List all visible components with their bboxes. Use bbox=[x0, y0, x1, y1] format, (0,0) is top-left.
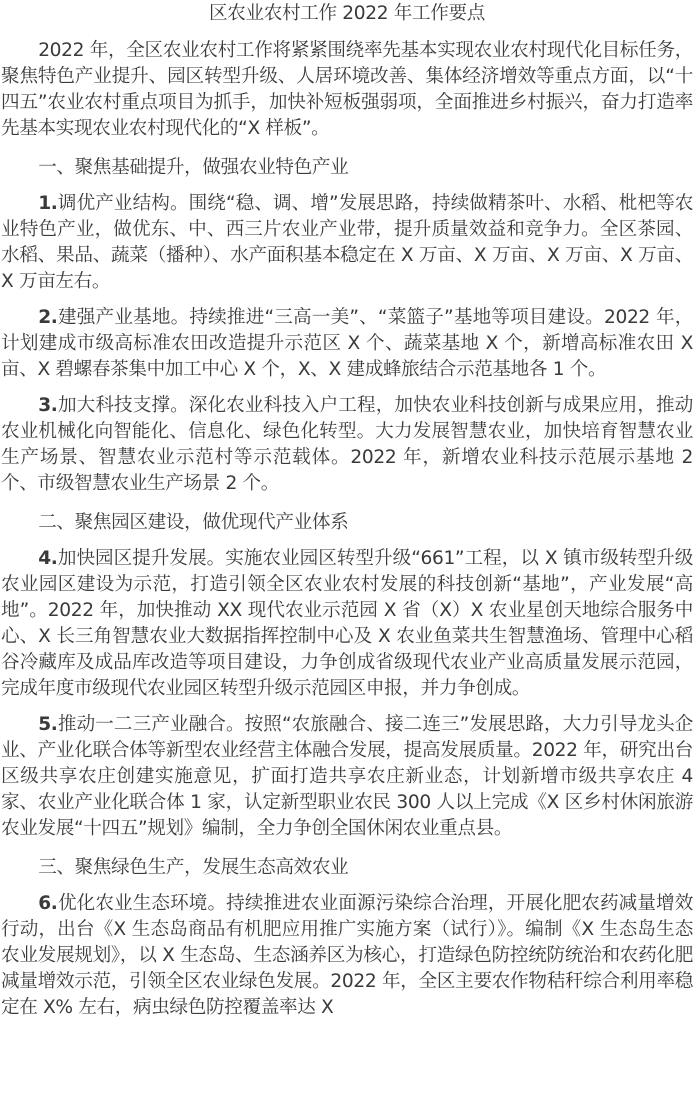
item-paragraph-5: 5.推动一二三产业融合。按照“农旅融合、接二连三”发展思路，大力引导龙头企业、产… bbox=[1, 712, 693, 842]
item-number: 6. bbox=[38, 893, 57, 914]
item-text: 调优产业结构。围绕“稳、调、增”发展思路，持续做精茶叶、水稻、枇杷等农业特色产业… bbox=[1, 193, 693, 292]
item-paragraph-4: 4.加快园区提升发展。实施农业园区转型升级“661”工程，以 X 镇市级转型升级… bbox=[1, 546, 693, 702]
item-number: 4. bbox=[38, 548, 57, 569]
section-heading-3: 三、聚焦绿色生产，发展生态高效农业 bbox=[1, 855, 693, 881]
item-paragraph-2: 2.建强产业基地。持续推进“三高一美”、“菜篮子”基地等项目建设。2022 年，… bbox=[1, 305, 693, 383]
item-number: 5. bbox=[38, 714, 57, 735]
item-paragraph-6: 6.优化农业生态环境。持续推进农业面源污染综合治理，开展化肥农药减量增效行动，出… bbox=[1, 891, 693, 1021]
item-text: 建强产业基地。持续推进“三高一美”、“菜篮子”基地等项目建设。2022 年，计划… bbox=[1, 307, 693, 380]
document-page: 区农业农村工作 2022 年工作要点 2022 年，全区农业农村工作将紧紧围绕率… bbox=[0, 0, 693, 1021]
section-heading-1: 一、聚焦基础提升，做强农业特色产业 bbox=[1, 155, 693, 181]
item-number: 2. bbox=[38, 307, 57, 328]
intro-paragraph: 2022 年，全区农业农村工作将紧紧围绕率先基本实现农业农村现代化目标任务，聚焦… bbox=[1, 38, 693, 142]
item-text: 加快园区提升发展。实施农业园区转型升级“661”工程，以 X 镇市级转型升级农业… bbox=[1, 548, 693, 699]
item-paragraph-3: 3.加大科技支撑。深化农业科技入户工程，加快农业科技创新与成果应用，推动农业机械… bbox=[1, 393, 693, 497]
document-title: 区农业农村工作 2022 年工作要点 bbox=[1, 0, 693, 28]
item-text: 加大科技支撑。深化农业科技入户工程，加快农业科技创新与成果应用，推动农业机械化向… bbox=[1, 395, 693, 494]
item-number: 3. bbox=[38, 395, 57, 416]
item-number: 1. bbox=[38, 193, 57, 214]
item-paragraph-1: 1.调优产业结构。围绕“稳、调、增”发展思路，持续做精茶叶、水稻、枇杷等农业特色… bbox=[1, 191, 693, 295]
item-text: 推动一二三产业融合。按照“农旅融合、接二连三”发展思路，大力引导龙头企业、产业化… bbox=[1, 714, 693, 839]
item-text: 优化农业生态环境。持续推进农业面源污染综合治理，开展化肥农药减量增效行动，出台《… bbox=[1, 893, 693, 1018]
section-heading-2: 二、聚焦园区建设，做优现代产业体系 bbox=[1, 510, 693, 536]
